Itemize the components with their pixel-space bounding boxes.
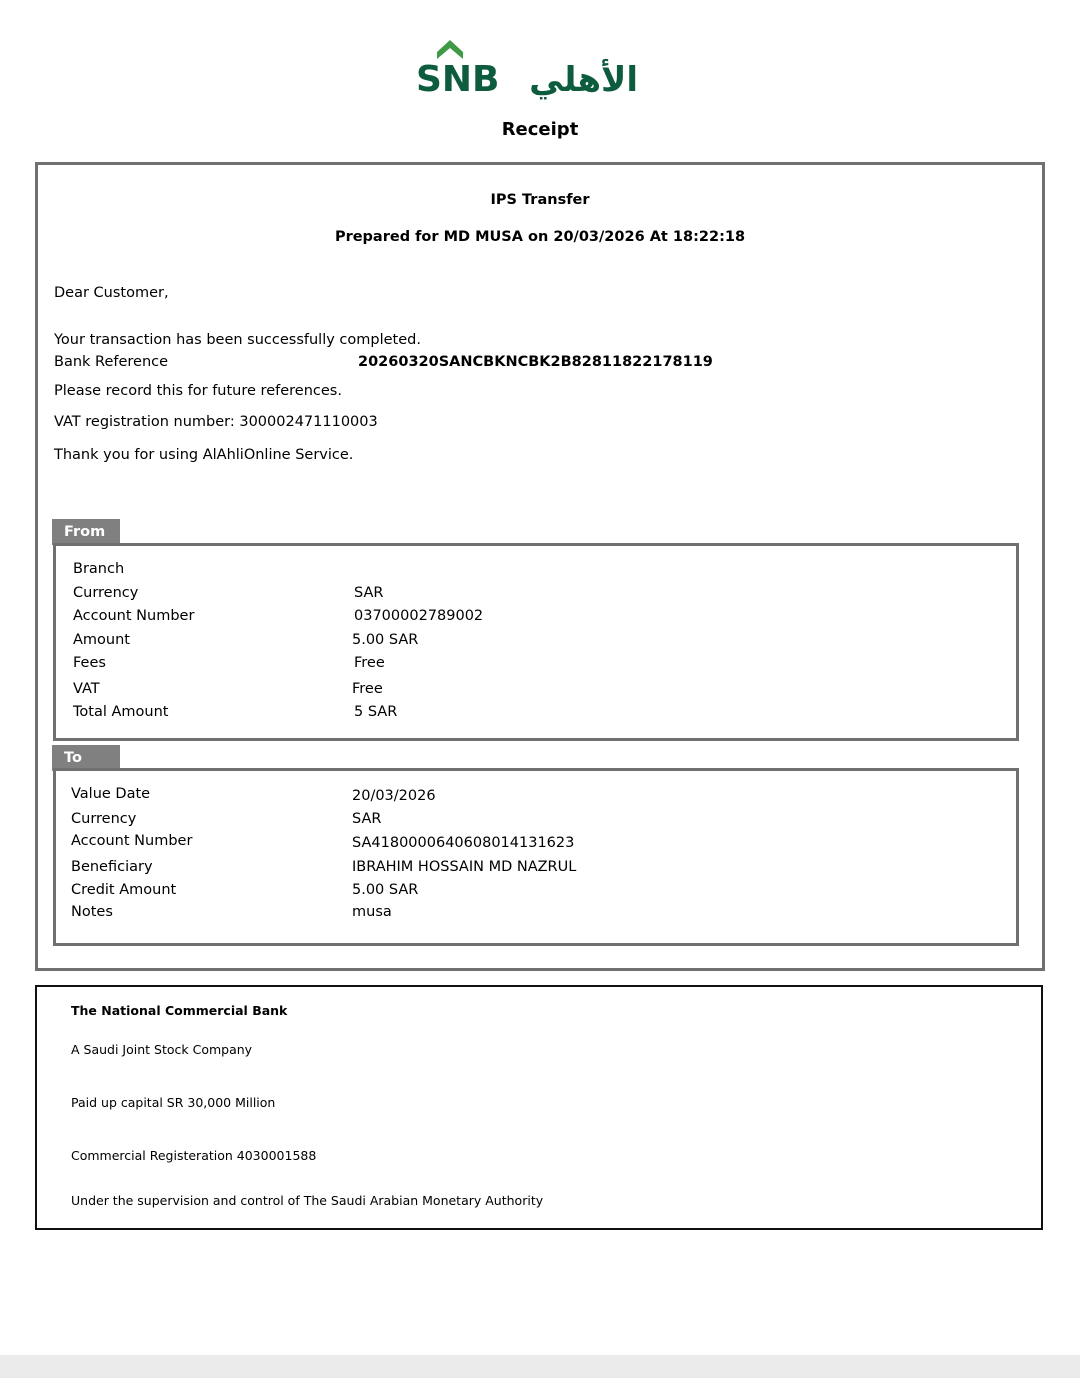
from-value-amount: 5.00 SAR [352, 632, 418, 648]
from-value-currency: SAR [354, 585, 383, 601]
to-value-value-date: 20/03/2026 [352, 788, 436, 804]
transfer-type-heading: IPS Transfer [0, 192, 1080, 208]
from-value-fees: Free [354, 655, 385, 671]
from-label-vat: VAT [73, 681, 100, 697]
from-section [53, 543, 1019, 741]
thank-you-message: Thank you for using AlAhliOnline Service… [54, 447, 353, 463]
vat-registration: VAT registration number: 300002471110003 [54, 414, 378, 430]
svg-text:SNB: SNB [416, 59, 500, 100]
bank-reference-value: 20260320SANCBKNCBK2B82811822178119 [358, 354, 713, 370]
to-label-beneficiary: Beneficiary [71, 859, 153, 875]
to-label-currency: Currency [71, 811, 136, 827]
from-label-fees: Fees [73, 655, 106, 671]
to-value-currency: SAR [352, 811, 381, 827]
from-label-currency: Currency [73, 585, 138, 601]
from-label-total-amount: Total Amount [73, 704, 168, 720]
to-label-notes: Notes [71, 904, 113, 920]
from-value-account-number: 03700002789002 [354, 608, 483, 624]
prepared-for-line: Prepared for MD MUSA on 20/03/2026 At 18… [0, 229, 1080, 245]
snb-logo: SNB الأهلي [414, 38, 644, 100]
from-label-branch: Branch [73, 561, 124, 577]
footer-registration: Commercial Registeration 4030001588 [71, 1148, 316, 1163]
svg-text:الأهلي: الأهلي [529, 58, 638, 100]
to-label-value-date: Value Date [71, 786, 150, 802]
viewer-bottom-bar [0, 1355, 1080, 1378]
to-value-beneficiary: IBRAHIM HOSSAIN MD NAZRUL [352, 859, 576, 875]
greeting: Dear Customer, [54, 285, 169, 301]
from-label-amount: Amount [73, 632, 130, 648]
to-value-notes: musa [352, 904, 392, 920]
to-section [53, 768, 1019, 946]
success-message: Your transaction has been successfully c… [54, 332, 421, 348]
to-value-credit-amount: 5.00 SAR [352, 882, 418, 898]
to-label-credit-amount: Credit Amount [71, 882, 176, 898]
from-value-total-amount: 5 SAR [354, 704, 397, 720]
snb-logo-icon: SNB الأهلي [414, 38, 644, 100]
to-label-account-number: Account Number [71, 833, 192, 849]
footer-company-type: A Saudi Joint Stock Company [71, 1042, 252, 1057]
to-value-account-number: SA4180000640608014131623 [352, 835, 574, 851]
footer-bank-name: The National Commercial Bank [71, 1003, 287, 1018]
footer-supervision: Under the supervision and control of The… [71, 1193, 543, 1208]
footer-capital: Paid up capital SR 30,000 Million [71, 1095, 275, 1110]
from-section-tab: From [52, 519, 120, 545]
from-value-vat: Free [352, 681, 383, 697]
bank-reference-label: Bank Reference [54, 354, 168, 370]
record-note: Please record this for future references… [54, 383, 342, 399]
page-title: Receipt [0, 119, 1080, 140]
from-label-account-number: Account Number [73, 608, 194, 624]
